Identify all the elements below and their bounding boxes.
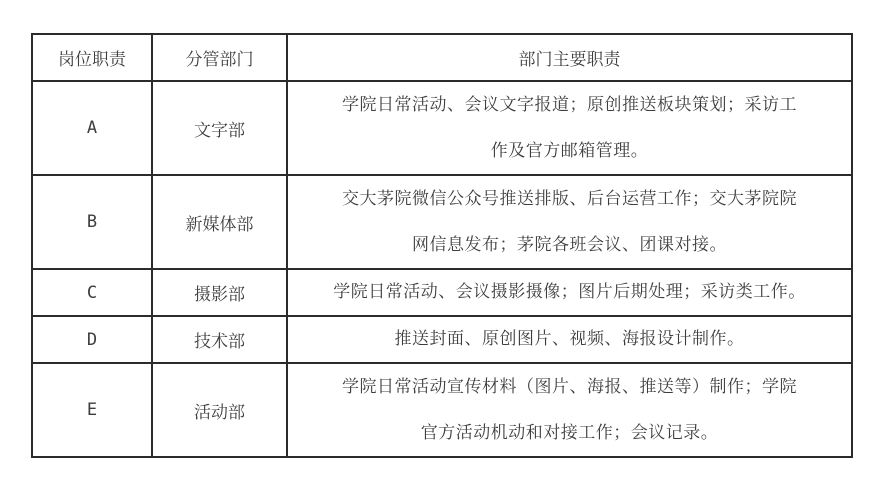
duties-line: 官方活动机动和对接工作；会议记录。 (288, 410, 851, 456)
duties-cell: 学院日常活动、会议文字报道；原创推送板块策划；采访工 作及官方邮箱管理。 (287, 81, 852, 175)
duties-line: 学院日常活动、会议文字报道；原创推送板块策划；采访工 (288, 82, 851, 128)
department-cell: 活动部 (152, 363, 287, 457)
duties-line: 网信息发布；茅院各班会议、团课对接。 (288, 222, 851, 268)
table-row: D 技术部 推送封面、原创图片、视频、海报设计制作。 (32, 316, 852, 363)
table-row: B 新媒体部 交大茅院微信公众号推送排版、后台运营工作；交大茅院院 网信息发布；… (32, 175, 852, 269)
duties-line: 交大茅院微信公众号推送排版、后台运营工作；交大茅院院 (288, 176, 851, 222)
position-cell: E (32, 363, 152, 457)
duties-line: 学院日常活动、会议摄影摄像；图片后期处理；采访类工作。 (288, 270, 851, 315)
position-cell: C (32, 269, 152, 316)
table-row: C 摄影部 学院日常活动、会议摄影摄像；图片后期处理；采访类工作。 (32, 269, 852, 316)
duties-cell: 学院日常活动、会议摄影摄像；图片后期处理；采访类工作。 (287, 269, 852, 316)
position-cell: D (32, 316, 152, 363)
department-cell: 技术部 (152, 316, 287, 363)
header-position: 岗位职责 (32, 34, 152, 81)
department-cell: 文字部 (152, 81, 287, 175)
department-cell: 摄影部 (152, 269, 287, 316)
duties-line: 学院日常活动宣传材料（图片、海报、推送等）制作；学院 (288, 364, 851, 410)
duties-cell: 学院日常活动宣传材料（图片、海报、推送等）制作；学院 官方活动机动和对接工作；会… (287, 363, 852, 457)
header-department: 分管部门 (152, 34, 287, 81)
table-row: E 活动部 学院日常活动宣传材料（图片、海报、推送等）制作；学院 官方活动机动和… (32, 363, 852, 457)
header-duties: 部门主要职责 (287, 34, 852, 81)
department-duties-table: 岗位职责 分管部门 部门主要职责 A 文字部 学院日常活动、会议文字报道；原创推… (31, 33, 853, 458)
table-header-row: 岗位职责 分管部门 部门主要职责 (32, 34, 852, 81)
duties-cell: 交大茅院微信公众号推送排版、后台运营工作；交大茅院院 网信息发布；茅院各班会议、… (287, 175, 852, 269)
duties-cell: 推送封面、原创图片、视频、海报设计制作。 (287, 316, 852, 363)
table-row: A 文字部 学院日常活动、会议文字报道；原创推送板块策划；采访工 作及官方邮箱管… (32, 81, 852, 175)
position-cell: B (32, 175, 152, 269)
department-cell: 新媒体部 (152, 175, 287, 269)
duties-line: 推送封面、原创图片、视频、海报设计制作。 (288, 317, 851, 362)
position-cell: A (32, 81, 152, 175)
duties-line: 作及官方邮箱管理。 (288, 128, 851, 174)
